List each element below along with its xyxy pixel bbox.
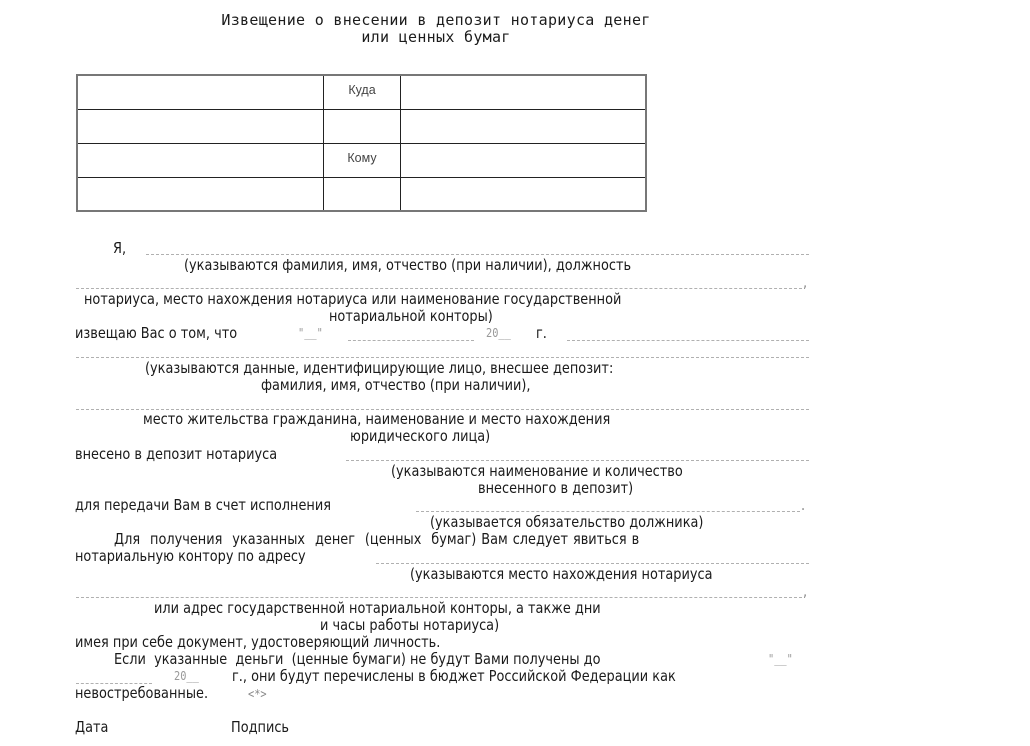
unclaimed-year-blank[interactable]: 20__ [174, 668, 199, 685]
hint-address-2: или адрес государственной нотариальной к… [154, 600, 601, 617]
notary-address-blank[interactable] [376, 563, 809, 564]
hint-item-1: (указываются наименование и количество [391, 463, 683, 480]
table-row: Кому [77, 143, 646, 177]
address-label-cell: Кому [324, 143, 401, 177]
document-title-line-2: или ценных бумаг [0, 29, 872, 46]
hint-depositor-1: (указываются данные, идентифицирующие ли… [145, 360, 613, 377]
hint-depositor-3: место жительства гражданина, наименовани… [143, 411, 610, 428]
hint-address-3: и часы работы нотариуса) [320, 617, 499, 634]
hint-obligation: (указывается обязательство должника) [430, 514, 703, 531]
transfer-text: для передачи Вам в счет исполнения [75, 497, 331, 514]
hint-notary-3: нотариальной конторы) [329, 308, 493, 325]
table-row [77, 109, 646, 143]
unclaimed-text-3: невостребованные. [75, 685, 208, 702]
depositor-blank-1[interactable] [567, 340, 809, 341]
notary-details-blank[interactable] [76, 288, 802, 289]
signature-label: Подпись [231, 719, 289, 736]
address-cell[interactable] [401, 143, 647, 177]
comma-mark: , [803, 274, 807, 291]
i-label: Я, [113, 240, 126, 257]
day-blank[interactable]: "__" [298, 325, 323, 342]
address-cell[interactable] [401, 109, 647, 143]
address-cell[interactable] [77, 75, 324, 109]
to-where-label: Куда [324, 76, 400, 97]
address-cell[interactable] [401, 75, 647, 109]
table-row [77, 177, 646, 211]
hint-item-2: внесенного в депозит) [478, 480, 633, 497]
notary-name-blank[interactable] [146, 254, 809, 255]
unclaimed-text-1: Если указанные деньги (ценные бумаги) не… [114, 651, 600, 668]
table-row: Куда [77, 75, 646, 109]
comma-mark: , [803, 583, 807, 600]
address-table: Куда Кому [76, 74, 647, 212]
unclaimed-text-2: г., они будут перечислены в бюджет Росси… [232, 668, 676, 685]
to-whom-label: Кому [324, 144, 400, 165]
address-cell[interactable] [77, 177, 324, 211]
footnote-mark[interactable]: <*> [248, 686, 267, 703]
hint-notary-1: (указываются фамилия, имя, отчество (при… [184, 257, 631, 274]
address-cell[interactable] [77, 143, 324, 177]
receive-text-2: нотариальную контору по адресу [75, 548, 306, 565]
year-blank[interactable]: 20__ [486, 325, 511, 342]
inform-text: извещаю Вас о том, что [75, 325, 237, 342]
address-label-cell [324, 109, 401, 143]
hint-notary-2: нотариуса, место нахождения нотариуса ил… [84, 291, 621, 308]
depositor-blank-2[interactable] [76, 357, 809, 358]
year-suffix: г. [536, 325, 547, 342]
hint-depositor-4: юридического лица) [350, 428, 490, 445]
hint-depositor-2: фамилия, имя, отчество (при наличии), [261, 377, 531, 394]
address-cell[interactable] [401, 177, 647, 211]
receive-text-1: Для получения указанных денег (ценных бу… [114, 531, 639, 548]
notary-address-blank-2[interactable] [76, 597, 802, 598]
deposited-item-blank[interactable] [346, 460, 809, 461]
date-label: Дата [75, 719, 108, 736]
address-cell[interactable] [77, 109, 324, 143]
address-label-cell: Куда [324, 75, 401, 109]
obligation-blank[interactable] [416, 511, 800, 512]
period-mark: . [801, 497, 805, 514]
address-label-cell [324, 177, 401, 211]
hint-address-1: (указываются место нахождения нотариуса [410, 566, 712, 583]
month-blank[interactable] [348, 340, 474, 341]
id-text: имея при себе документ, удостоверяющий л… [75, 634, 440, 651]
unclaimed-day-blank[interactable]: "__" [768, 651, 793, 668]
document-title-line-1: Извещение о внесении в депозит нотариуса… [0, 12, 872, 29]
deposited-text: внесено в депозит нотариуса [75, 446, 277, 463]
